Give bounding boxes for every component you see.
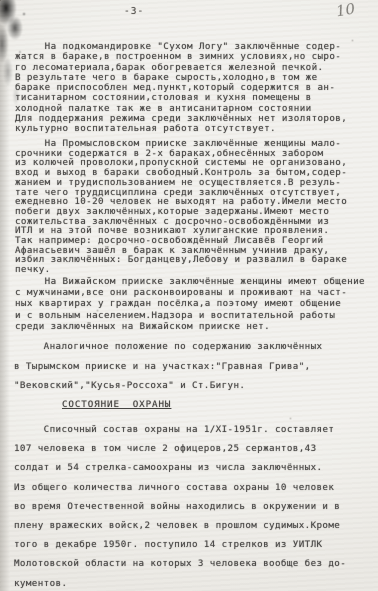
- page-number: -3-: [124, 6, 144, 17]
- paragraph-barrack-conditions: На подкомандировке "Сухом Логу" заключён…: [15, 42, 363, 135]
- paragraph-guard-roster: Списочный состав охраны на 1/XI-1951г. с…: [14, 420, 368, 591]
- scan-specks: [0, 0, 1, 1]
- section-heading-guard-status: СОСТОЯНИЕ ОХРАНЫ: [62, 399, 342, 410]
- paragraph-promyslovsky-priisk: На Промысловском прииске заключённые жен…: [15, 139, 365, 275]
- paragraph-vizhaysky-priisk: На Вижайском прииске заключённые женщины…: [15, 276, 365, 332]
- paragraph-tyrymsky-priisk: Аналогичное положение по содержанию закл…: [14, 337, 366, 396]
- scanned-document-page: -3- 10 На подкомандировке "Сухом Логу" з…: [0, 0, 378, 591]
- handwritten-page-mark: 10: [335, 0, 357, 20]
